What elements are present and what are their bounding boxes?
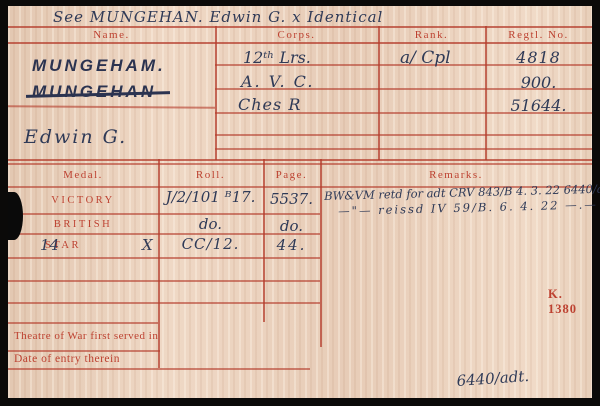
form-number: K. 1380 xyxy=(548,287,592,317)
column-header-corps: Corps. xyxy=(215,29,378,41)
regtl-no-entry-3: 51644. xyxy=(485,96,592,115)
column-header-name: Name. xyxy=(8,29,215,41)
rule-line-v xyxy=(485,26,487,160)
star-prefix-14: 14 xyxy=(40,236,59,254)
column-header-regtl-no: Regtl. No. xyxy=(485,29,592,41)
regtl-no-entry-2: 900. xyxy=(485,73,592,92)
rank-entry: a/ Cpl xyxy=(400,48,451,68)
column-header-roll: Roll. xyxy=(158,169,263,181)
rule-line-h xyxy=(8,368,310,370)
column-header-remarks: Remarks. xyxy=(320,169,592,181)
rule-line-v xyxy=(378,26,380,160)
column-header-rank: Rank. xyxy=(378,29,485,41)
page-entry-star: 44. xyxy=(263,236,320,254)
page-entry-victory: 5537. xyxy=(263,190,320,208)
star-check-mark: X xyxy=(142,236,153,254)
rule-line-h xyxy=(8,302,320,304)
roll-entry-victory: J/2/101 ᴮ17. xyxy=(158,188,263,206)
medal-index-card: See MUNGEHAN. Edwin G. x Identical Name.… xyxy=(8,6,592,398)
rule-line-h xyxy=(8,163,592,165)
rule-line-h xyxy=(8,159,592,161)
regtl-no-entry-1: 4818 xyxy=(485,48,592,67)
rule-line-h xyxy=(8,322,158,324)
forename-entry: Edwin G. xyxy=(24,126,127,148)
roll-entry-british: do. xyxy=(158,215,263,233)
rule-line-h xyxy=(215,148,592,150)
surname-entry: MUNGEHAM. xyxy=(32,56,166,76)
office-note: 6440/adt. xyxy=(456,367,530,390)
column-header-medal: Medal. xyxy=(8,169,158,181)
page-entry-british: do. xyxy=(263,217,320,235)
rule-line-h xyxy=(8,350,160,352)
theatre-of-war-label: Theatre of War first served in xyxy=(14,330,158,342)
medal-label-star: STAR xyxy=(8,240,118,251)
rule-line-h xyxy=(8,105,215,108)
rule-line-h xyxy=(8,280,320,282)
medal-label-british: BRITISH xyxy=(8,219,158,230)
corps-entry-2: A. V. C. xyxy=(241,72,314,91)
cross-reference-note: See MUNGEHAN. Edwin G. x Identical xyxy=(53,8,383,26)
rule-line-h xyxy=(8,257,320,259)
corps-entry-1: 12ᵗʰ Lrs. xyxy=(243,48,311,67)
rule-line-h xyxy=(215,134,592,136)
rule-line-h xyxy=(8,26,592,28)
rule-line-v xyxy=(320,159,322,347)
corps-entry-3: Ches R xyxy=(238,95,301,114)
rule-line-v xyxy=(215,26,217,160)
scanned-photo-background: { "colors": { "card_bg": "#e9d1be", "rul… xyxy=(0,0,600,406)
rule-line-h xyxy=(8,42,592,44)
roll-entry-star: CC/12. xyxy=(158,235,263,253)
medal-label-victory: VICTORY xyxy=(8,195,158,206)
date-of-entry-label: Date of entry therein xyxy=(14,353,120,365)
column-header-page: Page. xyxy=(263,169,320,181)
